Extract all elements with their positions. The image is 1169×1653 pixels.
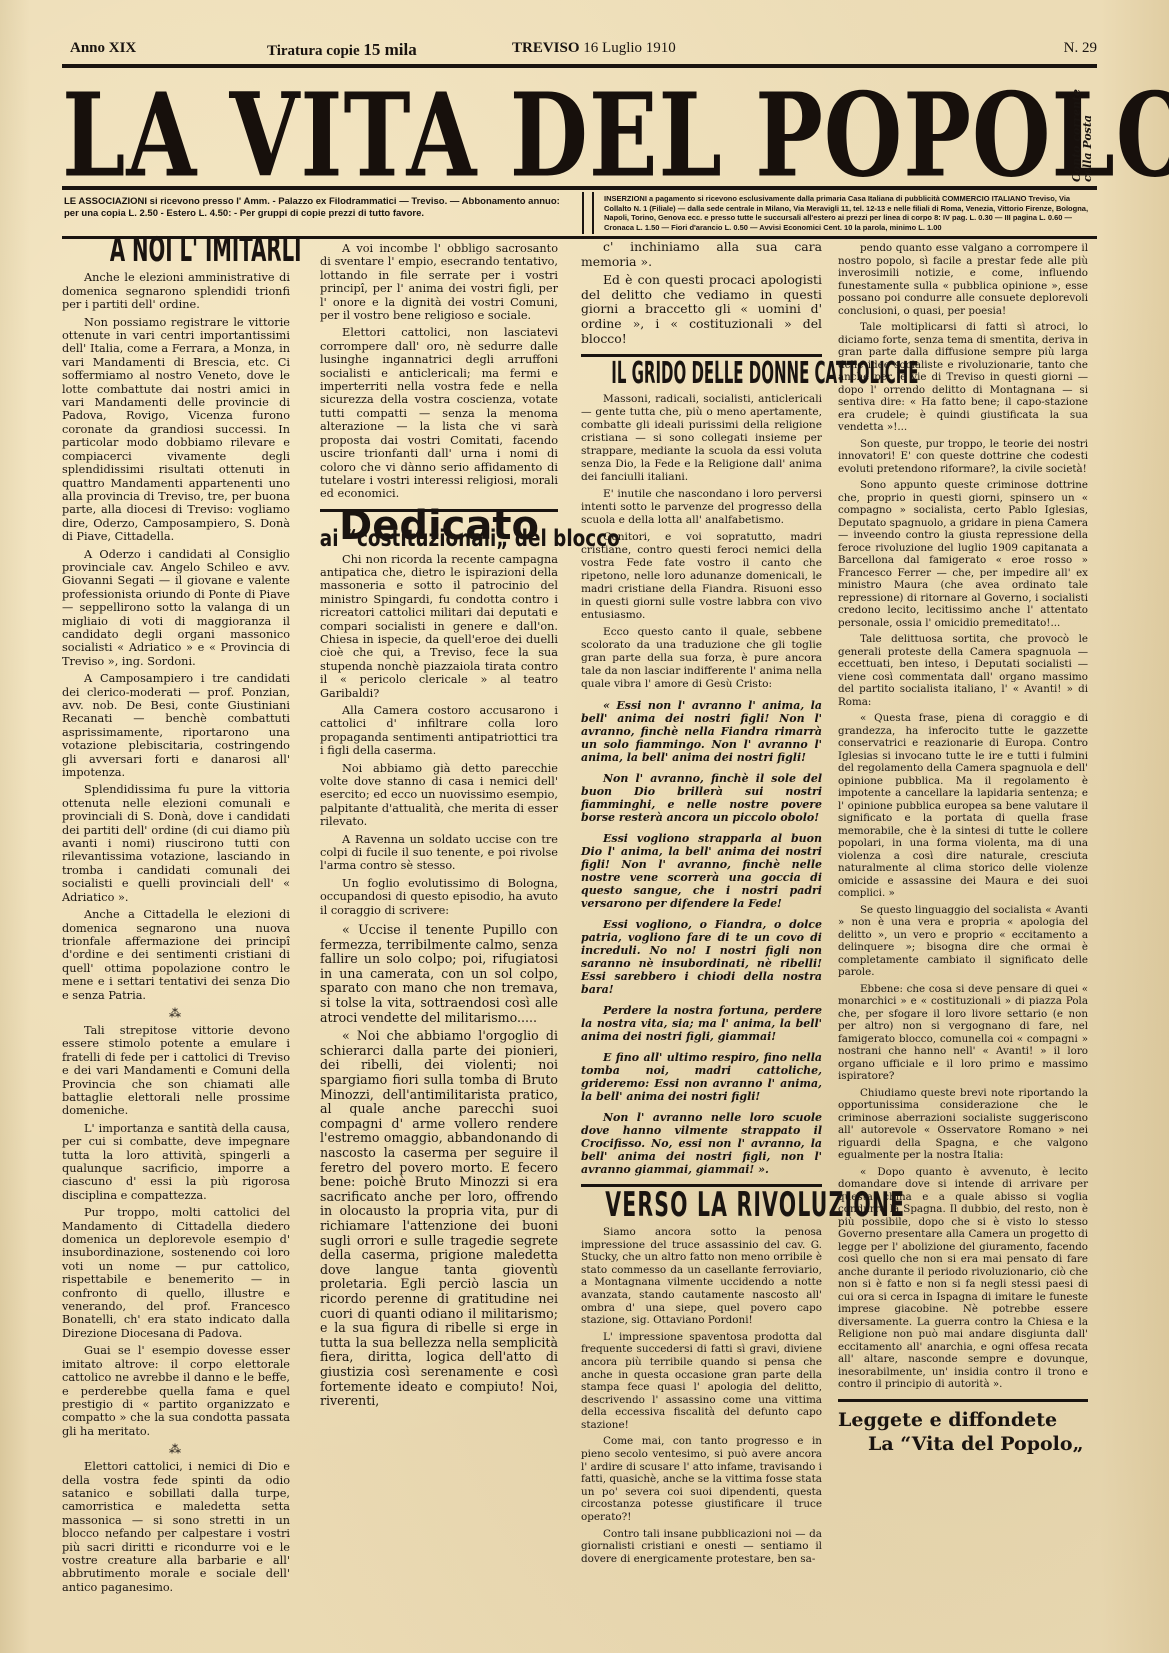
promo-line-1: Leggete e diffondete (838, 1408, 1088, 1432)
column-3: c' inchiniamo alla sua cara memoria ».Ed… (581, 238, 822, 1569)
paragraph: Elettori cattolici, non lasciatevi corro… (320, 326, 558, 500)
dateline: TREVISO 16 Luglio 1910 (512, 40, 676, 57)
section-separator-2: ⁂ (62, 1444, 290, 1454)
paragraph: Anche le elezioni amministrative di dome… (62, 271, 290, 311)
paragraph: « Noi che abbiamo l'orgoglio di schierar… (320, 1029, 558, 1408)
paragraph: Elettori cattolici, i nemici di Dio e de… (62, 1460, 290, 1594)
column-4: pendo quanto esse valgano a corrompere i… (838, 238, 1088, 1456)
article-columns: A NOI L' IMITARLI Anche le elezioni ammi… (62, 238, 1097, 1648)
paragraph: Son queste, pur troppo, le teorie dei no… (838, 438, 1088, 476)
paragraph: Chiudiamo queste brevi note riportando l… (838, 1087, 1088, 1162)
article-dedicato-body: Chi non ricorda la recente campagna anti… (320, 553, 558, 918)
paragraph: Contro tali insane pubblicazioni noi — d… (581, 1528, 822, 1566)
article-dedicato-end: c' inchiniamo alla sua cara memoria ».Ed… (581, 240, 822, 346)
promo-box: Leggete e diffondete La “Vita del Popolo… (838, 1408, 1088, 1456)
paragraph: A Ravenna un soldato uccise con tre colp… (320, 833, 558, 873)
article-a-noi-body-3: Elettori cattolici, i nemici di Dio e de… (62, 1460, 290, 1594)
section-separator: ⁂ (62, 1008, 290, 1018)
headline-a-noi-imitarli: A NOI L' IMITARLI (110, 244, 242, 257)
paragraph: Ecco questo canto il quale, sebbene scol… (581, 626, 822, 691)
paragraph: Tali strepitose vittorie devono essere s… (62, 1024, 290, 1118)
flanders-hymn: « Essi non l' avranno l' anima, la bell'… (581, 699, 822, 1176)
paragraph: Anche a Cittadella le elezioni di domeni… (62, 908, 290, 1002)
article-a-noi-body-2: Tali strepitose vittorie devono essere s… (62, 1024, 290, 1438)
header-topline: Anno XIX Tiratura copie 15 mila TREVISO … (62, 38, 1097, 60)
paragraph: Tale moltiplicarsi di fatti sì atroci, l… (838, 321, 1088, 434)
column-1: A NOI L' IMITARLI Anche le elezioni ammi… (62, 238, 290, 1598)
paragraph: A Camposampiero i tre candidati dei cler… (62, 672, 290, 779)
headline-grido-donne-cattoliche: IL GRIDO DELLE DONNE CATTOLICHE (611, 367, 792, 380)
paragraph: Alla Camera costoro accusarono i cattoli… (320, 704, 558, 758)
paragraph: Noi abbiamo già detto parecchie volte do… (320, 762, 558, 829)
paragraph: E' inutile che nascondano i loro pervers… (581, 488, 822, 527)
article-verso-continued: pendo quanto esse valgano a corrompere i… (838, 242, 1088, 1391)
paragraph: Guai se l' esempio dovesse esser imitato… (62, 1344, 290, 1438)
paragraph: « Dopo quanto è avvenuto, è lecito doman… (838, 1166, 1088, 1391)
article-divider-4 (838, 1399, 1088, 1402)
paragraph: Chi non ricorda la recente campagna anti… (320, 553, 558, 700)
paragraph: « Uccise il tenente Pupillo con fermezza… (320, 923, 558, 1025)
article-a-noi-continued: A voi incombe l' obbligo sacrosanto di s… (320, 242, 558, 501)
paragraph: Perdere la nostra fortuna, perdere la no… (581, 1004, 822, 1043)
paragraph: Non possiamo registrare le vittorie otte… (62, 316, 290, 544)
paragraph: c' inchiniamo alla sua cara memoria ». (581, 240, 822, 269)
headline-verso-la-rivoluzione: VERSO LA RIVOLUZIONE (605, 1199, 798, 1212)
paragraph: Ed è con questi procaci apologisti del d… (581, 273, 822, 346)
paragraph: Pur troppo, molti cattolici del Mandamen… (62, 1206, 290, 1340)
circulation: Tiratura copie 15 mila (267, 40, 417, 60)
postal-note: Conto corrente colla Posta (1071, 88, 1093, 182)
paragraph: Genitori, e voi sopratutto, madri cristi… (581, 531, 822, 622)
paragraph: Se questo linguaggio del socialista « Av… (838, 904, 1088, 979)
paragraph: L' importanza e santità della causa, per… (62, 1122, 290, 1202)
article-dedicato-quote: « Uccise il tenente Pupillo con fermezza… (320, 923, 558, 1409)
paragraph: Massoni, radicali, socialisti, anticleri… (581, 393, 822, 484)
paragraph: A voi incombe l' obbligo sacrosanto di s… (320, 242, 558, 322)
newspaper-page: Anno XIX Tiratura copie 15 mila TREVISO … (62, 38, 1097, 239)
paragraph: pendo quanto esse valgano a corrompere i… (838, 242, 1088, 317)
paragraph: L' impressione spaventosa prodotta dal f… (581, 1331, 822, 1432)
paragraph: Essi vogliono, o Fiandra, o dolce patria… (581, 918, 822, 996)
paragraph: Splendidissima fu pure la vittoria otten… (62, 783, 290, 904)
paragraph: Essi vogliono strapparla al buon Dio l' … (581, 832, 822, 910)
paragraph: Non l' avranno nelle loro scuole dove ha… (581, 1111, 822, 1176)
paragraph: « Essi non l' avranno l' anima, la bell'… (581, 699, 822, 764)
paragraph: Siamo ancora sotto la penosa impressione… (581, 1226, 822, 1327)
column-2: A voi incombe l' obbligo sacrosanto di s… (320, 238, 558, 1413)
paragraph: Un foglio evolutissimo di Bologna, occup… (320, 877, 558, 917)
issue-year: Anno XIX (70, 40, 136, 57)
paragraph: Ebbene: che cosa si deve pensare di quei… (838, 983, 1088, 1083)
article-grido-body: Massoni, radicali, socialisti, anticleri… (581, 393, 822, 691)
issue-number: N. 29 (1064, 40, 1097, 57)
paragraph: « Questa frase, piena di coraggio e di g… (838, 712, 1088, 900)
paragraph: Tale delittuosa sortita, che provocò le … (838, 633, 1088, 708)
paragraph: Come mai, con tanto progresso e in pieno… (581, 1435, 822, 1523)
masthead: LA VITA DEL POPOLO Conto corrente colla … (62, 74, 1097, 182)
newspaper-title: LA VITA DEL POPOLO (62, 66, 1169, 208)
article-verso-body: Siamo ancora sotto la penosa impressione… (581, 1226, 822, 1565)
paragraph: A Oderzo i candidati al Consiglio provin… (62, 548, 290, 669)
paragraph: Non l' avranno, finchè il sole del buon … (581, 772, 822, 824)
promo-line-2: La “Vita del Popolo„ (838, 1432, 1088, 1456)
paragraph: Sono appunto queste criminose dottrine c… (838, 479, 1088, 629)
subheadline-costituzionali: ai “costituzionali„ del blocco (320, 533, 558, 546)
article-a-noi-body: Anche le elezioni amministrative di dome… (62, 271, 290, 1002)
paragraph: E fino all' ultimo respiro, fino nella t… (581, 1051, 822, 1103)
